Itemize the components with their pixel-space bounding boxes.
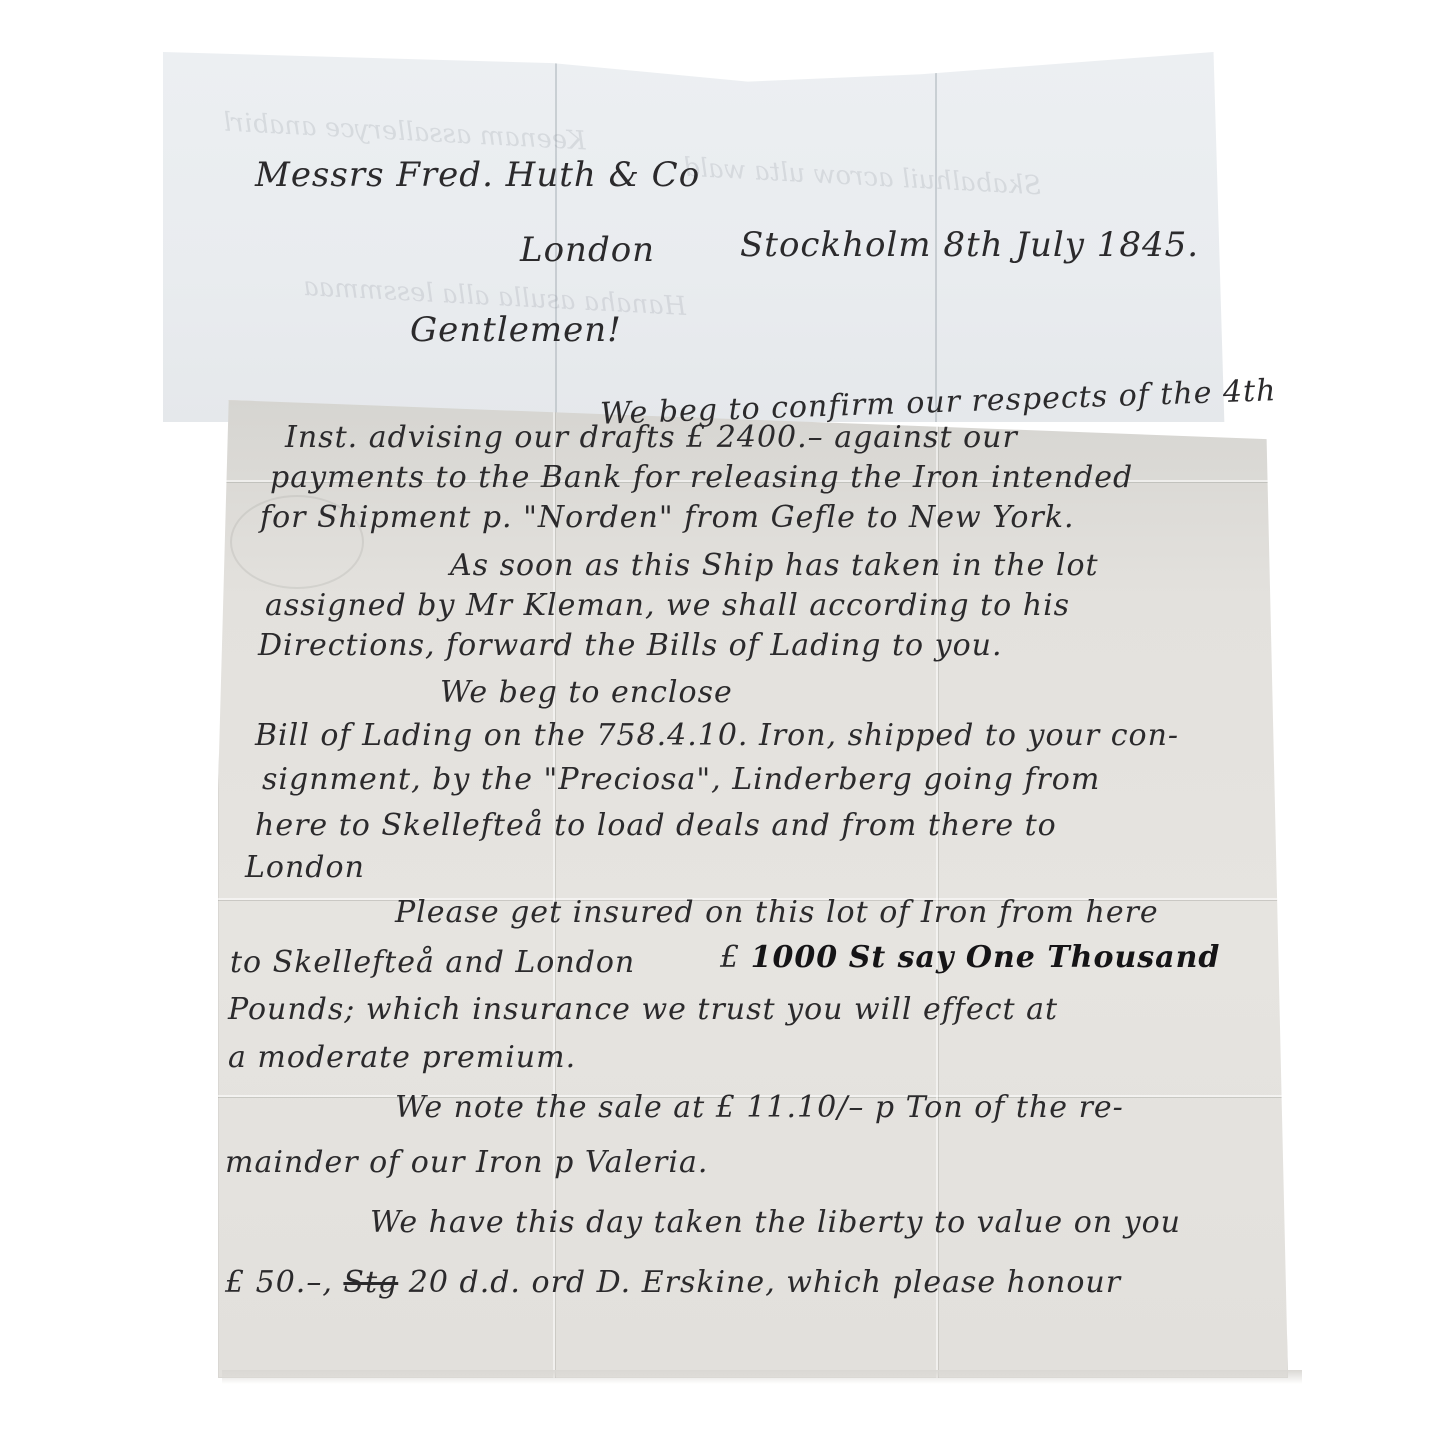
body-line: We beg to enclose <box>440 675 733 710</box>
body-line: here to Skellefteå to load deals and fro… <box>255 808 1057 843</box>
body-line: We note the sale at £ 11.10/– p Ton of t… <box>395 1090 1124 1125</box>
body-line: London <box>245 850 365 885</box>
body-line: assigned by Mr Kleman, we shall accordin… <box>265 588 1070 623</box>
paper-bottom-edge <box>222 1370 1302 1384</box>
body-line: 20 d.d. ord D. Erskine, which please hon… <box>409 1265 1121 1300</box>
bleed-through-text: Keenam assalleryce anabirl <box>222 108 586 157</box>
insurance-value: 1000 <box>751 940 839 975</box>
body-line: Bill of Lading on the 758.4.10. Iron, sh… <box>255 718 1179 753</box>
body-line: As soon as this Ship has taken in the lo… <box>450 548 1099 583</box>
body-line: Directions, forward the Bills of Lading … <box>258 628 1003 663</box>
letter-photo: Keenam assalleryce anabirl Skabalhuil ac… <box>0 0 1440 1440</box>
final-draft-line: £ 50.–, Stg 20 d.d. ord D. Erskine, whic… <box>225 1265 1121 1300</box>
body-line: a moderate premium. <box>228 1040 576 1075</box>
pound-sign: £ <box>720 940 740 975</box>
body-line: Pounds; which insurance we trust you wil… <box>228 992 1058 1027</box>
body-line: Please get insured on this lot of Iron f… <box>395 895 1159 930</box>
draft-amount: £ 50.–, <box>225 1265 333 1300</box>
body-line: Inst. advising our drafts £ 2400.– again… <box>285 420 1018 455</box>
insurance-words: St say One Thousand <box>849 940 1221 975</box>
body-line: to Skellefteå and London <box>230 945 635 980</box>
body-line: signment, by the "Preciosa", Linderberg … <box>262 762 1100 797</box>
insurance-amount: £ 1000 St say One Thousand <box>720 940 1220 975</box>
bleed-through-text: Skabalhuil acrow ulta wald <box>682 153 1042 202</box>
addressee: Messrs Fred. Huth & Co <box>255 155 700 195</box>
place-date: Stockholm 8th July 1845. <box>740 225 1199 265</box>
body-line: mainder of our Iron p Valeria. <box>225 1145 708 1180</box>
struck-word: Stg <box>343 1265 398 1300</box>
salutation: Gentlemen! <box>410 310 622 350</box>
body-line: payments to the Bank for releasing the I… <box>270 460 1133 495</box>
body-line: for Shipment p. "Norden" from Gefle to N… <box>260 500 1075 535</box>
body-line: We have this day taken the liberty to va… <box>370 1205 1181 1240</box>
addressee-city: London <box>520 230 655 270</box>
